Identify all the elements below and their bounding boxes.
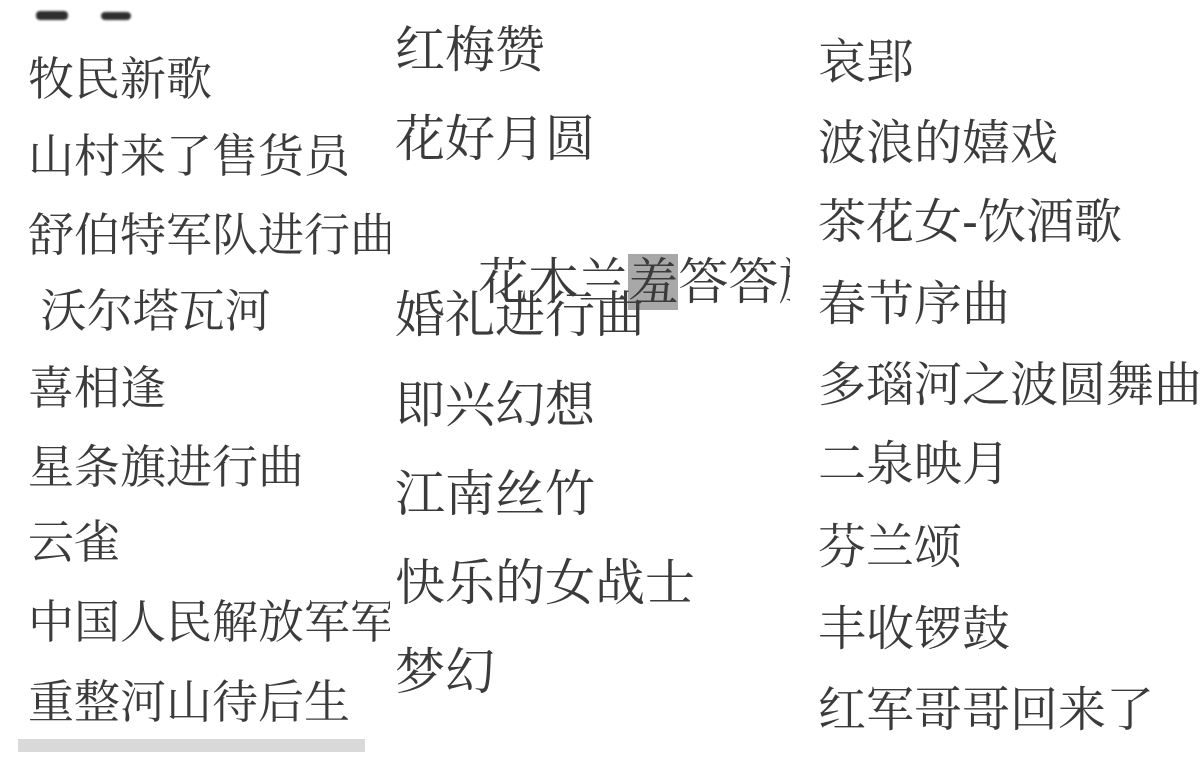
song-item[interactable]: 红梅赞 bbox=[395, 22, 545, 78]
song-item[interactable]: 茶花女-饮酒歌 bbox=[818, 196, 1122, 250]
song-item[interactable]: 多瑙河之波圆舞曲 bbox=[818, 359, 1200, 413]
song-item[interactable]: 丰收锣鼓 bbox=[818, 603, 1010, 657]
song-title-suffix: 答答施礼 bbox=[678, 254, 790, 310]
song-item[interactable]: 快乐的女战士 bbox=[395, 555, 695, 611]
song-item[interactable]: 江南丝竹 bbox=[395, 466, 595, 522]
song-item[interactable]: 二泉映月 bbox=[818, 438, 1010, 492]
song-item[interactable]: 波浪的嬉戏 bbox=[818, 117, 1058, 171]
song-item[interactable]: 牧民新歌 bbox=[28, 54, 212, 106]
song-item[interactable]: 山村来了售货员 bbox=[28, 131, 350, 183]
song-item[interactable]: 星条旗进行曲 bbox=[28, 442, 304, 494]
song-item[interactable]: 沃尔塔瓦河 bbox=[28, 286, 271, 338]
clipped-glyph-stroke bbox=[36, 11, 68, 20]
clipped-song-row[interactable] bbox=[0, 0, 390, 28]
song-item[interactable]: 芬兰颂 bbox=[818, 521, 962, 575]
song-item[interactable]: 红军哥哥回来了 bbox=[818, 684, 1154, 738]
song-item[interactable]: 婚礼进行曲 bbox=[395, 287, 645, 343]
song-item[interactable]: 重整河山待后生 bbox=[28, 677, 350, 729]
song-item[interactable]: 哀郢 bbox=[818, 36, 914, 90]
song-item[interactable]: 花好月圆 bbox=[395, 111, 595, 167]
song-item[interactable]: 喜相逢 bbox=[28, 363, 166, 415]
song-list-view: 牧民新歌 山村来了售货员 舒伯特军队进行曲 沃尔塔瓦河 喜相逢 星条旗进行曲 云… bbox=[0, 0, 1200, 768]
song-item[interactable]: 中国人民解放军军 bbox=[28, 597, 390, 649]
song-item[interactable]: 梦幻 bbox=[395, 644, 495, 700]
song-item[interactable]: 春节序曲 bbox=[818, 278, 1010, 332]
song-item[interactable]: 云雀 bbox=[28, 517, 120, 569]
song-item[interactable]: 即兴幻想 bbox=[395, 377, 595, 433]
partially-visible-selected-row[interactable] bbox=[18, 739, 365, 752]
song-column-right: 哀郢 波浪的嬉戏 茶花女-饮酒歌 春节序曲 多瑙河之波圆舞曲 二泉映月 芬兰颂 … bbox=[815, 0, 1200, 768]
clipped-glyph-stroke bbox=[101, 12, 131, 20]
song-column-middle: 红梅赞 花好月圆 花木兰羞答答施礼 婚礼进行曲 即兴幻想 江南丝竹 快乐的女战士… bbox=[390, 0, 790, 768]
song-column-left: 牧民新歌 山村来了售货员 舒伯特军队进行曲 沃尔塔瓦河 喜相逢 星条旗进行曲 云… bbox=[0, 0, 390, 768]
song-item[interactable]: 舒伯特军队进行曲 bbox=[28, 210, 390, 262]
